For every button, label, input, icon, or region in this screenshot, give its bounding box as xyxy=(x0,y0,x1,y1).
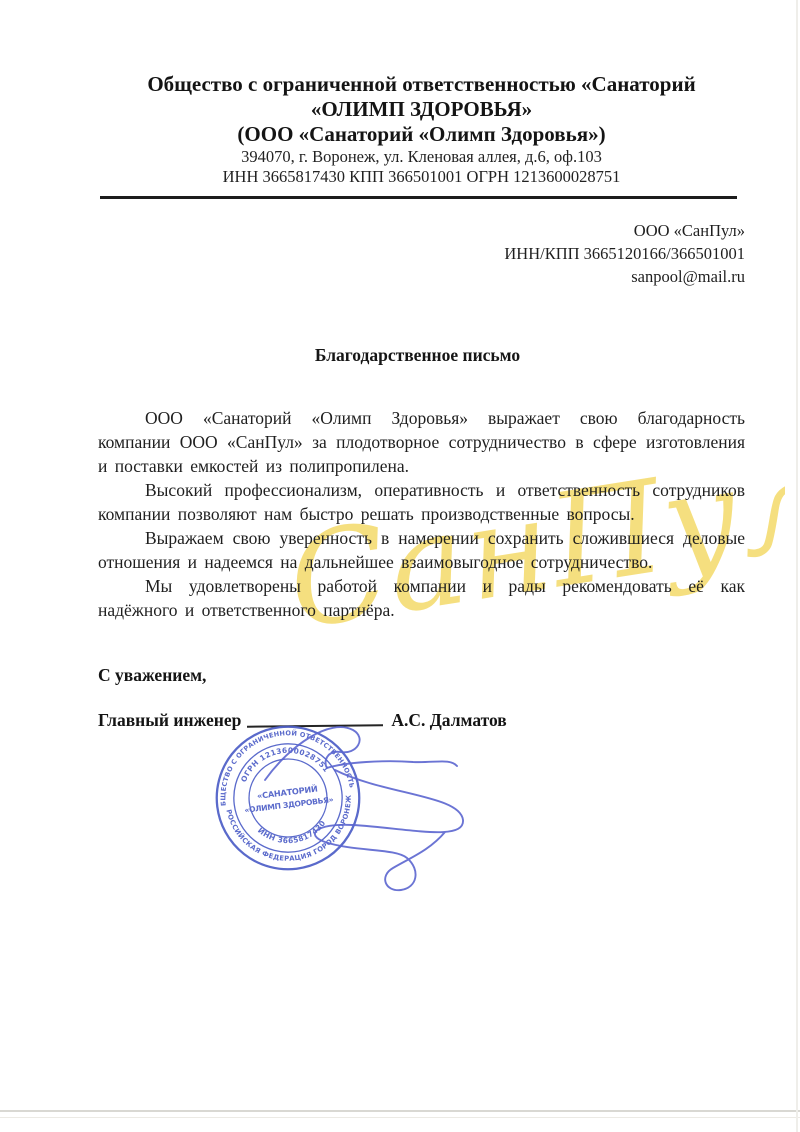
recipient-email: sanpool@mail.ru xyxy=(98,265,745,288)
letterhead-line3: (ООО «Санаторий «Олимп Здоровья») xyxy=(98,122,745,147)
recipient-block: ООО «СанПул» ИНН/КПП 3665120166/36650100… xyxy=(98,219,745,288)
signer-position: Главный инженер xyxy=(98,710,241,731)
paragraph-3: Выражаем свою уверенность в намерении со… xyxy=(98,526,745,574)
signature-scrawl xyxy=(235,700,485,900)
letter-page: СанПул Общество с ограниченной ответстве… xyxy=(0,0,800,1132)
paragraph-1: ООО «Санаторий «Олимп Здоровья» выражает… xyxy=(98,406,745,478)
paragraph-2: Высокий профессионализм, оперативность и… xyxy=(98,478,745,526)
paragraph-4: Мы удовлетворены работой компании и рады… xyxy=(98,574,745,622)
letterhead-address: 394070, г. Воронеж, ул. Кленовая аллея, … xyxy=(98,147,745,167)
letterhead-divider xyxy=(100,196,737,199)
letter-content: Общество с ограниченной ответственностью… xyxy=(0,0,800,731)
letterhead: Общество с ограниченной ответственностью… xyxy=(98,72,745,187)
signature-stroke-loops xyxy=(315,770,463,890)
closing-salutation: С уважением, xyxy=(98,664,745,686)
scan-edge-artifact-bottom xyxy=(0,1110,800,1112)
scan-edge-artifact-bottom-2 xyxy=(0,1117,800,1118)
recipient-inn-kpp: ИНН/КПП 3665120166/366501001 xyxy=(98,242,745,265)
letterhead-line2: «ОЛИМП ЗДОРОВЬЯ» xyxy=(98,97,745,122)
letterhead-requisites: ИНН 3665817430 КПП 366501001 ОГРН 121360… xyxy=(98,167,745,187)
letter-body: ООО «Санаторий «Олимп Здоровья» выражает… xyxy=(98,406,745,622)
letterhead-line1: Общество с ограниченной ответственностью… xyxy=(98,72,745,97)
signature-stroke-flourish xyxy=(265,727,457,780)
letter-title: Благодарственное письмо xyxy=(98,344,737,366)
recipient-name: ООО «СанПул» xyxy=(98,219,745,242)
